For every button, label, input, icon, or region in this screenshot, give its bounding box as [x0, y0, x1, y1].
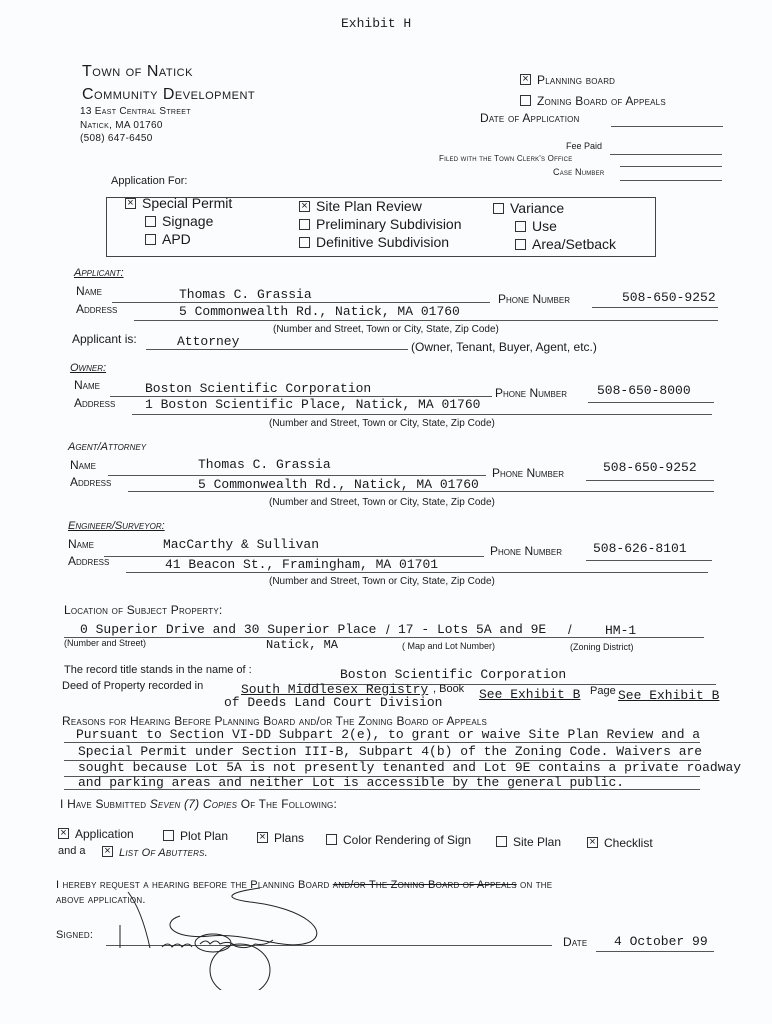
deed-page-label: Page	[590, 685, 616, 697]
application-for-box: Special Permit Signage APD Site Plan Rev…	[106, 197, 656, 257]
preliminary-subdivision-checkbox[interactable]	[299, 219, 310, 230]
fee-paid-label: Fee Paid	[566, 141, 602, 151]
plot-plan-checkbox[interactable]	[163, 830, 174, 841]
reason-rule	[64, 742, 700, 743]
town-name: Town of Natick	[82, 63, 193, 81]
reason-line[interactable]: sought because Lot 5A is not presently t…	[78, 760, 741, 775]
planning-board-checkbox[interactable]	[520, 74, 531, 85]
case-number-label: Case Number	[553, 167, 604, 177]
agent-address-hint: (Number and Street, Town or City, State,…	[269, 497, 495, 508]
definitive-subdivision-checkbox[interactable]	[299, 237, 310, 248]
agent-name-line	[108, 475, 486, 476]
submitted-heading: I Have Submitted Seven (7) Copies Of The…	[60, 797, 337, 811]
owner-name-value[interactable]: Boston Scientific Corporation	[145, 381, 371, 396]
department-name: Community Development	[82, 86, 255, 104]
submitted-application[interactable]: Application	[58, 827, 134, 841]
deed-page-value[interactable]: See Exhibit B	[618, 688, 719, 703]
use-checkbox[interactable]	[515, 221, 526, 232]
abutters-checkbox[interactable]	[102, 846, 113, 857]
reasons-heading: Reasons for Hearing Before Planning Boar…	[62, 714, 487, 728]
reason-line[interactable]: and parking areas and neither Lot is acc…	[78, 775, 624, 790]
zoning-board-checkbox[interactable]	[520, 95, 531, 106]
option-signage[interactable]: Signage	[145, 213, 213, 229]
plans-checkbox[interactable]	[257, 832, 268, 843]
location-map-lot-value[interactable]: 17 - Lots 5A and 9E	[398, 622, 546, 637]
exhibit-label: Exhibit H	[341, 16, 411, 31]
applicant-phone-line	[592, 307, 718, 308]
applicant-address-value[interactable]: 5 Commonwealth Rd., Natick, MA 01760	[179, 304, 460, 319]
title-value[interactable]: Boston Scientific Corporation	[340, 667, 566, 682]
owner-name-label: Name	[74, 378, 100, 392]
applicant-name-label: Name	[76, 284, 102, 298]
option-site-plan-review[interactable]: Site Plan Review	[299, 198, 422, 214]
special-permit-checkbox[interactable]	[125, 198, 136, 209]
engineer-name-value[interactable]: MacCarthy & Sullivan	[163, 537, 319, 552]
office-street: 13 East Central Street	[80, 106, 191, 117]
applicant-heading: Applicant:	[74, 267, 124, 279]
option-apd[interactable]: APD	[145, 231, 191, 247]
owner-phone-label: Phone Number	[495, 386, 567, 400]
agent-address-line	[128, 491, 714, 492]
signed-label: Signed:	[56, 929, 93, 941]
submitted-color-rendering[interactable]: Color Rendering of Sign	[326, 833, 471, 847]
date-value[interactable]: 4 October 99	[614, 934, 708, 949]
deed-registry-line2[interactable]: of Deeds Land Court Division	[224, 695, 442, 710]
office-phone: (508) 647-6450	[80, 133, 153, 144]
submitted-site-plan[interactable]: Site Plan	[496, 835, 561, 849]
owner-heading: Owner:	[70, 362, 106, 374]
case-number-field[interactable]	[620, 180, 722, 181]
applicant-phone-label: Phone Number	[498, 292, 570, 306]
applicant-address-hint: (Number and Street, Town or City, State,…	[273, 324, 499, 335]
agent-heading: Agent/Attorney	[68, 441, 146, 453]
agent-phone-label: Phone Number	[492, 466, 564, 480]
color-rendering-checkbox[interactable]	[326, 834, 337, 845]
date-label: Date	[563, 935, 587, 949]
application-for-label: Application For:	[111, 175, 187, 187]
variance-checkbox[interactable]	[493, 203, 504, 214]
location-street-value[interactable]: 0 Superior Drive and 30 Superior Place	[80, 622, 376, 637]
reason-line[interactable]: Special Permit under Section III-B, Subp…	[78, 744, 702, 759]
location-heading: Location of Subject Property:	[64, 603, 222, 617]
date-of-application-field[interactable]	[611, 126, 723, 127]
engineer-address-label: Address	[68, 554, 109, 568]
applicant-is-value[interactable]: Attorney	[177, 334, 239, 349]
location-town-value[interactable]: Natick, MA	[266, 638, 338, 652]
engineer-address-line	[126, 572, 708, 573]
option-use[interactable]: Use	[515, 218, 557, 234]
reason-line[interactable]: Pursuant to Section VI-DD Subpart 2(e), …	[76, 727, 700, 742]
engineer-address-hint: (Number and Street, Town or City, State,…	[269, 576, 495, 587]
location-separator-2: /	[568, 622, 572, 637]
owner-phone-line	[588, 402, 714, 403]
owner-phone-value[interactable]: 508-650-8000	[597, 383, 691, 398]
agent-name-value[interactable]: Thomas C. Grassia	[198, 457, 331, 472]
filed-field[interactable]	[620, 166, 722, 167]
submitted-checklist[interactable]: Checklist	[587, 836, 653, 850]
location-separator-1: /	[386, 622, 390, 637]
location-zoning-value[interactable]: HM-1	[605, 623, 636, 638]
location-street-hint: (Number and Street)	[64, 638, 146, 648]
submitted-abutters[interactable]: List Of Abutters.	[102, 846, 208, 859]
submitted-plot-plan[interactable]: Plot Plan	[163, 829, 228, 843]
engineer-name-label: Name	[68, 537, 94, 551]
engineer-address-value[interactable]: 41 Beacon St., Framingham, MA 01701	[165, 557, 438, 572]
location-zoning-hint: (Zoning District)	[570, 642, 634, 652]
applicant-is-label: Applicant is:	[72, 332, 137, 346]
deed-book-value[interactable]: See Exhibit B	[479, 687, 580, 702]
filed-label: Filed with the Town Clerk's Office	[439, 154, 572, 163]
owner-address-line	[132, 414, 712, 415]
owner-address-label: Address	[74, 396, 115, 410]
agent-phone-line	[586, 480, 714, 481]
option-special-permit[interactable]: Special Permit	[125, 195, 232, 211]
site-plan-review-checkbox[interactable]	[299, 201, 310, 212]
option-preliminary-subdivision[interactable]: Preliminary Subdivision	[299, 216, 462, 232]
deed-book-label: , Book	[433, 683, 464, 695]
engineer-phone-line	[586, 560, 712, 561]
applicant-is-hint: (Owner, Tenant, Buyer, Agent, etc.)	[411, 340, 597, 354]
agent-address-label: Address	[70, 475, 111, 489]
reason-rule	[64, 789, 700, 790]
location-map-lot-hint: ( Map and Lot Number)	[402, 641, 495, 651]
applicant-is-line	[146, 349, 408, 350]
signature-scribble	[100, 880, 350, 990]
engineer-phone-label: Phone Number	[490, 544, 562, 558]
agent-address-value[interactable]: 5 Commonwealth Rd., Natick, MA 01760	[198, 477, 479, 492]
option-definitive-subdivision[interactable]: Definitive Subdivision	[299, 234, 449, 250]
date-line	[596, 951, 714, 952]
engineer-phone-value[interactable]: 508-626-8101	[593, 541, 687, 556]
site-plan-checkbox[interactable]	[496, 836, 507, 847]
apd-checkbox[interactable]	[145, 234, 156, 245]
applicant-name-value[interactable]: Thomas C. Grassia	[179, 287, 312, 302]
zoning-board-option[interactable]: Zoning Board of Appeals	[520, 94, 666, 108]
option-variance[interactable]: Variance	[493, 200, 564, 216]
fee-paid-field[interactable]	[610, 154, 722, 155]
signage-checkbox[interactable]	[145, 216, 156, 227]
title-label: The record title stands in the name of :	[64, 664, 252, 676]
agent-name-label: Name	[70, 458, 96, 472]
deed-label: Deed of Property recorded in	[62, 680, 203, 692]
owner-address-value[interactable]: 1 Boston Scientific Place, Natick, MA 01…	[145, 397, 480, 412]
office-city: Natick, MA 01760	[80, 120, 163, 131]
engineer-heading: Engineer/Surveyor:	[68, 520, 165, 532]
application-checkbox[interactable]	[58, 828, 69, 839]
applicant-name-line	[112, 302, 490, 303]
owner-address-hint: (Number and Street, Town or City, State,…	[269, 418, 495, 429]
agent-phone-value[interactable]: 508-650-9252	[603, 460, 697, 475]
applicant-address-label: Address	[76, 302, 117, 316]
area-setback-checkbox[interactable]	[515, 239, 526, 250]
checklist-checkbox[interactable]	[587, 837, 598, 848]
applicant-address-line	[134, 320, 718, 321]
planning-board-option[interactable]: Planning board	[520, 73, 615, 87]
and-a-label: and a	[58, 845, 86, 857]
applicant-phone-value[interactable]: 508-650-9252	[622, 290, 716, 305]
submitted-plans[interactable]: Plans	[257, 831, 304, 845]
option-area-setback[interactable]: Area/Setback	[515, 236, 616, 252]
date-of-application-label: Date of Application	[480, 111, 580, 125]
